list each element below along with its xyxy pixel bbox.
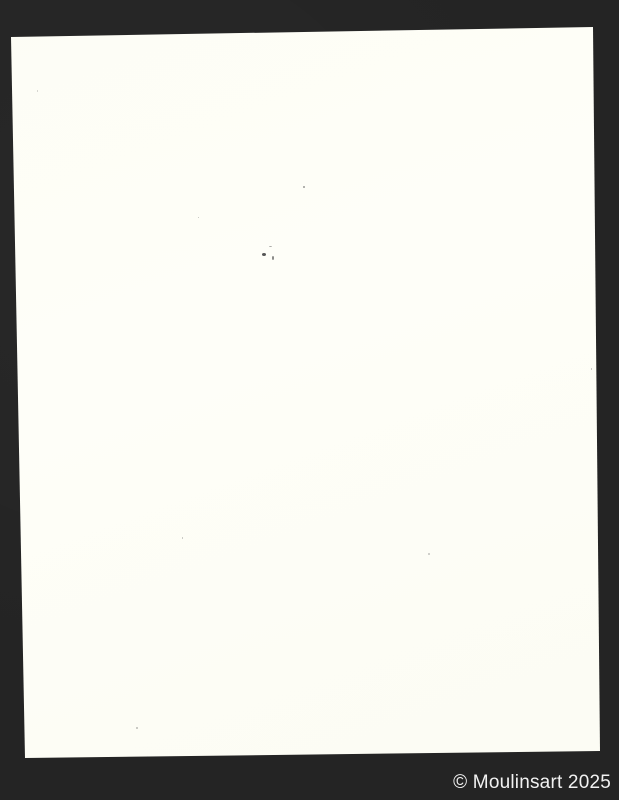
paper-speck — [269, 246, 272, 247]
paper-speck — [198, 217, 199, 218]
paper-speck — [303, 186, 305, 188]
paper-speck — [272, 256, 274, 260]
blank-paper-sheet — [0, 0, 619, 800]
paper-speck — [262, 253, 266, 256]
paper-speck — [182, 537, 183, 539]
paper-speck — [136, 727, 138, 729]
paper-speck — [37, 90, 38, 92]
photo-stage: © Moulinsart 2025 — [0, 0, 619, 800]
paper-speck — [591, 368, 592, 370]
paper-speck — [428, 553, 430, 555]
copyright-watermark: © Moulinsart 2025 — [453, 772, 611, 794]
